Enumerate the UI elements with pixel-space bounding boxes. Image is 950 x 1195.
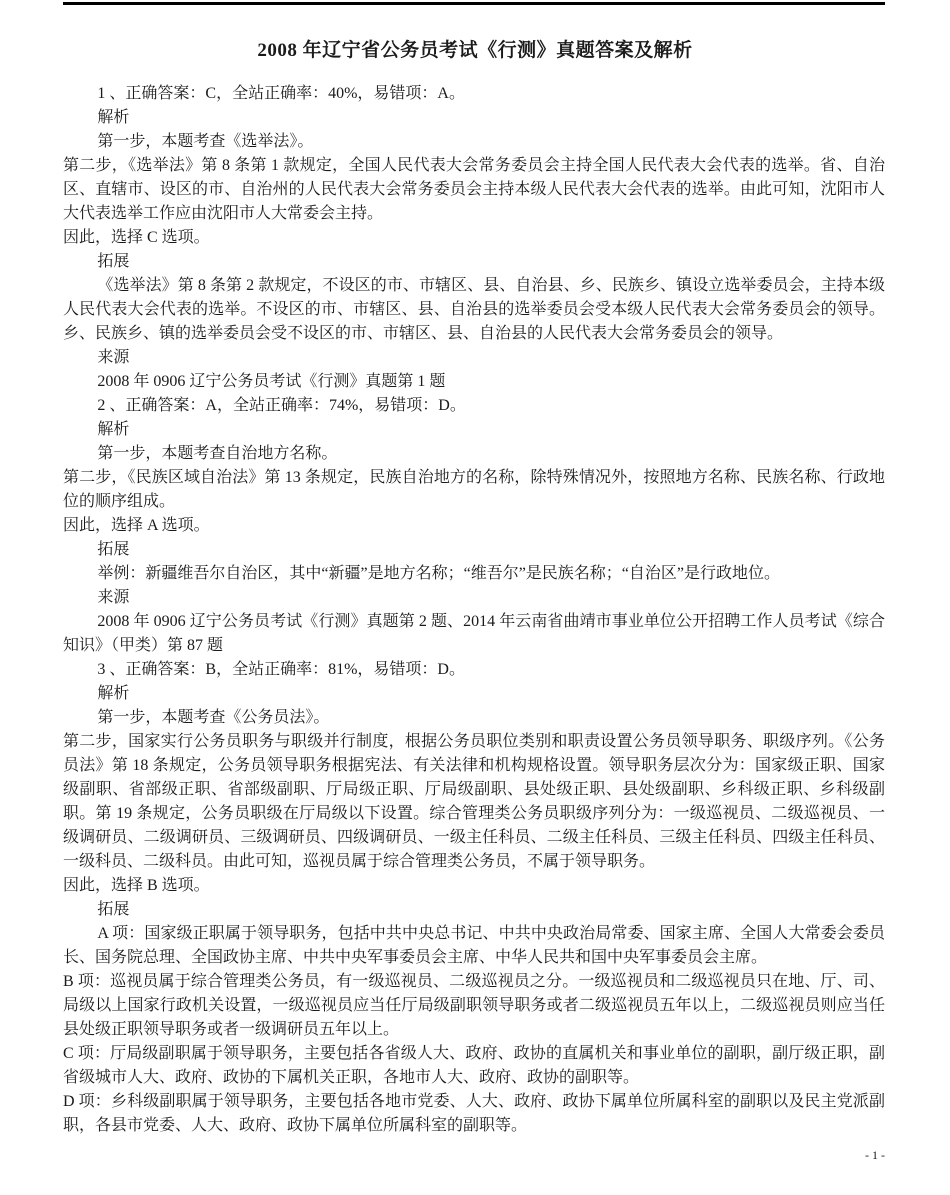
q1-step1: 第一步，本题考查《选举法》。	[63, 130, 885, 154]
q1-source-label: 来源	[63, 346, 885, 370]
q2-answer-line: 2 、正确答案：A，全站正确率：74%，易错项：D。	[63, 394, 885, 418]
q1-step2: 第二步，《选举法》第 8 条第 1 款规定，全国人民代表大会常务委员会主持全国人…	[63, 154, 885, 226]
q3-conclusion: 因此，选择 B 选项。	[63, 874, 885, 898]
q2-expansion-label: 拓展	[63, 538, 885, 562]
q2-step2: 第二步，《民族区域自治法》第 13 条规定，民族自治地方的名称，除特殊情况外，按…	[63, 466, 885, 514]
q3-option-d: D 项：乡科级副职属于领导职务，主要包括各地市党委、人大、政府、政协下属单位所属…	[63, 1090, 885, 1138]
page-number: - 1 -	[865, 1148, 885, 1163]
q3-option-a: A 项：国家级正职属于领导职务，包括中共中央总书记、中共中央政治局常委、国家主席…	[63, 922, 885, 970]
question-3-block: 3 、正确答案：B，全站正确率：81%，易错项：D。 解析 第一步，本题考查《公…	[63, 658, 885, 1138]
q2-conclusion: 因此，选择 A 选项。	[63, 514, 885, 538]
question-2-block: 2 、正确答案：A，全站正确率：74%，易错项：D。 解析 第一步，本题考查自治…	[63, 394, 885, 658]
q1-source-text: 2008 年 0906 辽宁公务员考试《行测》真题第 1 题	[63, 370, 885, 394]
q3-answer-line: 3 、正确答案：B，全站正确率：81%，易错项：D。	[63, 658, 885, 682]
q3-option-b: B 项：巡视员属于综合管理类公务员，有一级巡视员、二级巡视员之分。一级巡视员和二…	[63, 970, 885, 1042]
q1-conclusion: 因此，选择 C 选项。	[63, 226, 885, 250]
document-body: 1 、正确答案：C，全站正确率：40%，易错项：A。 解析 第一步，本题考查《选…	[63, 82, 885, 1138]
q3-step1: 第一步，本题考查《公务员法》。	[63, 706, 885, 730]
q1-analysis-label: 解析	[63, 106, 885, 130]
q3-step2: 第二步，国家实行公务员职务与职级并行制度，根据公务员职位类别和职责设置公务员领导…	[63, 730, 885, 874]
question-1-block: 1 、正确答案：C，全站正确率：40%，易错项：A。 解析 第一步，本题考查《选…	[63, 82, 885, 394]
top-border-rule	[63, 2, 885, 5]
document-page: 2008 年辽宁省公务员考试《行测》真题答案及解析 1 、正确答案：C，全站正确…	[0, 0, 950, 1195]
q3-analysis-label: 解析	[63, 682, 885, 706]
q2-analysis-label: 解析	[63, 418, 885, 442]
q1-expansion-label: 拓展	[63, 250, 885, 274]
q3-option-c: C 项：厅局级副职属于领导职务，主要包括各省级人大、政府、政协的直属机关和事业单…	[63, 1042, 885, 1090]
q1-answer-line: 1 、正确答案：C，全站正确率：40%，易错项：A。	[63, 82, 885, 106]
q2-expansion-text: 举例：新疆维吾尔自治区，其中“新疆”是地方名称；“维吾尔”是民族名称；“自治区”…	[63, 562, 885, 586]
q2-step1: 第一步，本题考查自治地方名称。	[63, 442, 885, 466]
q2-source-label: 来源	[63, 586, 885, 610]
q3-expansion-label: 拓展	[63, 898, 885, 922]
q1-expansion-text: 《选举法》第 8 条第 2 款规定，不设区的市、市辖区、县、自治县、乡、民族乡、…	[63, 274, 885, 346]
page-title: 2008 年辽宁省公务员考试《行测》真题答案及解析	[0, 35, 950, 62]
q2-source-text: 2008 年 0906 辽宁公务员考试《行测》真题第 2 题、2014 年云南省…	[63, 610, 885, 658]
